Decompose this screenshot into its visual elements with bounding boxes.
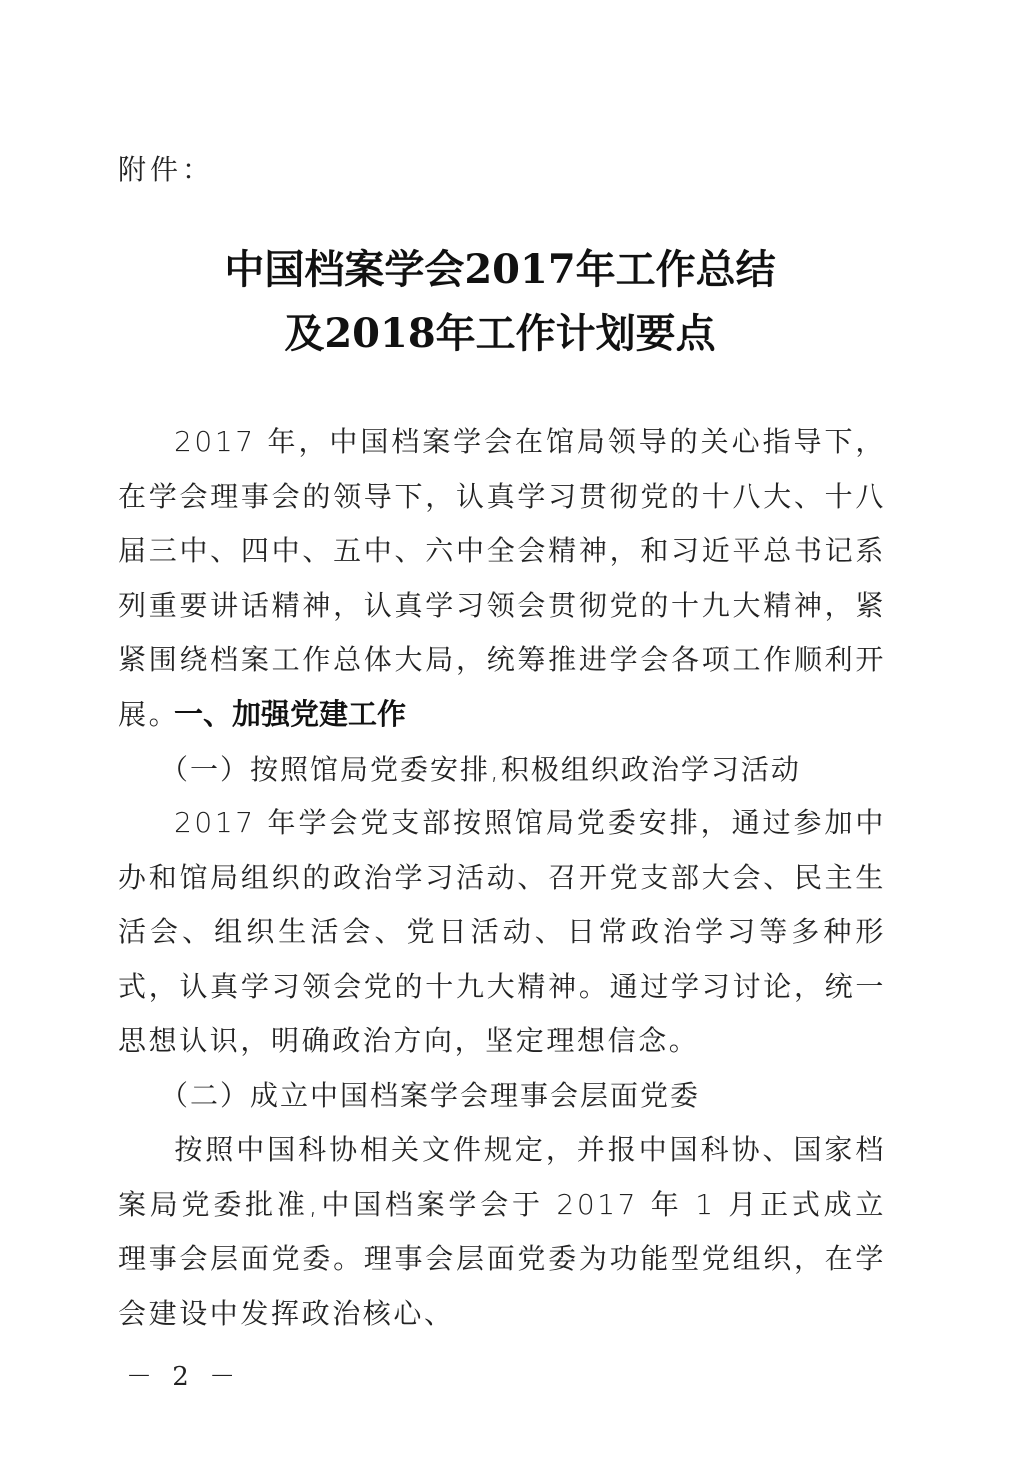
subsection-paragraph-1-2: 按照中国科协相关文件规定，并报中国科协、国家档案局党委批准,中国档案学会于 20… (118, 1123, 886, 1341)
intro-paragraph-text: 2017 年，中国档案学会在馆局领导的关心指导下，在学会理事会的领导下，认真学习… (118, 425, 886, 731)
subsection-paragraph-1-2-text: 按照中国科协相关文件规定，并报中国科协、国家档案局党委批准,中国档案学会于 20… (118, 1133, 886, 1330)
document-title-line1: 中国档案学会2017年工作总结 (0, 238, 1010, 295)
subsection-heading-1-2: （二）成立中国档案学会理事会层面党委 (160, 1074, 700, 1114)
subsection-heading-1-1: （一）按照馆局党委安排,积极组织政治学习活动 (160, 748, 801, 788)
page-number: － 2 － (126, 1356, 241, 1393)
subsection-paragraph-1-1: 2017 年学会党支部按照馆局党委安排，通过参加中办和馆局组织的政治学习活动、召… (118, 796, 886, 1069)
subsection-paragraph-1-1-text: 2017 年学会党支部按照馆局党委安排，通过参加中办和馆局组织的政治学习活动、召… (118, 806, 886, 1057)
document-title-line2: 及2018年工作计划要点 (0, 302, 1010, 359)
section-heading-1: 一、加强党建工作 (174, 692, 406, 733)
attachment-label: 附件： (118, 148, 214, 188)
